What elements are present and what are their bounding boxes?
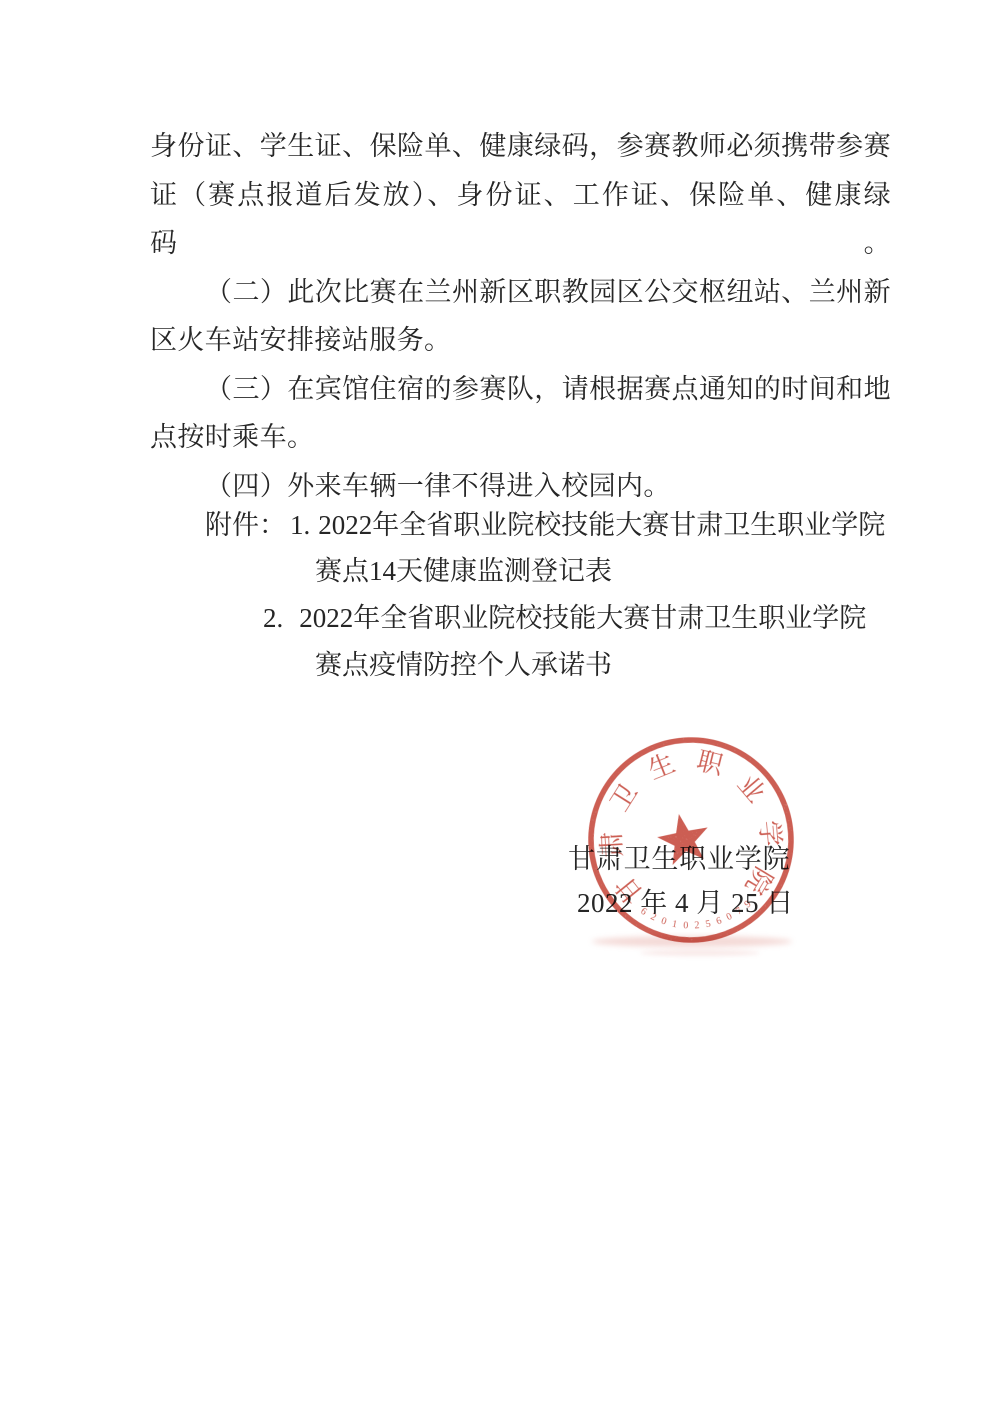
text-line: 证（赛点报道后发放）、身份证、工作证、保险单、健康绿码。 (150, 171, 891, 268)
seal-serial-digit: 7 (734, 905, 744, 917)
attachment-item-1-title: 2022年全省职业院校技能大赛甘肃卫生职业学院 (318, 510, 885, 540)
seal-serial-digit: 2 (694, 920, 700, 931)
official-seal-graphic: 甘 肃 卫 生 职 业 学 院 6 2 0 1 0 2 5 6 (578, 727, 808, 957)
attachment-item-2-line-2: 赛点疫情防控个人承诺书 (315, 648, 612, 682)
text-line: 身份证、学生证、保险单、健康绿码，参赛教师必须携带参赛 (150, 122, 891, 171)
seal-ring-char: 学 (754, 819, 785, 847)
text-line: （二）此次比赛在兰州新区职教园区公交枢纽站、兰州新 (150, 268, 891, 317)
text-line: 区火车站安排接站服务。 (150, 316, 891, 365)
seal-serial-digit: 6 (638, 906, 648, 918)
seal-serial-digit: 0 (725, 911, 734, 923)
official-seal: 甘 肃 卫 生 职 业 学 院 6 2 0 1 0 2 5 6 (578, 727, 808, 957)
seal-star-icon (654, 809, 714, 867)
seal-ring-char: 职 (694, 746, 727, 781)
seal-serial-digit: 9 (742, 899, 753, 911)
document-page: 身份证、学生证、保险单、健康绿码，参赛教师必须携带参赛 证（赛点报道后发放）、身… (0, 0, 1000, 1414)
attachment-item-1-line-2: 赛点14天健康监测登记表 (315, 554, 612, 588)
seal-ring-char: 肃 (597, 831, 627, 859)
body-text: 身份证、学生证、保险单、健康绿码，参赛教师必须携带参赛 证（赛点报道后发放）、身… (150, 122, 891, 510)
attachment-item-2-number: 2. (263, 603, 283, 633)
attachment-item-1-line-1: 附件：1.2022年全省职业院校技能大赛甘肃卫生职业学院 (205, 508, 885, 542)
seal-serial-digit: 0 (660, 916, 668, 928)
seal-serial-digit: 0 (683, 920, 689, 931)
attachment-item-2-title: 2022年全省职业院校技能大赛甘肃卫生职业学院 (299, 603, 866, 633)
attachment-item-2-line-1: 2.2022年全省职业院校技能大赛甘肃卫生职业学院 (263, 601, 866, 635)
text-line: （三）在宾馆住宿的参赛队，请根据赛点通知的时间和地 (150, 365, 891, 414)
seal-serial-digit: 6 (715, 915, 723, 927)
attachment-item-1-number: 1. (290, 510, 310, 540)
text-line: （四）外来车辆一律不得进入校园内。 (150, 462, 891, 511)
text-line: 点按时乘车。 (150, 413, 891, 462)
seal-ring-char: 生 (644, 748, 679, 785)
attachments-label: 附件： (205, 510, 286, 540)
seal-serial-digit: 1 (671, 919, 678, 931)
seal-serial-digit: 2 (649, 911, 658, 923)
seal-serial-digit: 5 (705, 918, 712, 930)
